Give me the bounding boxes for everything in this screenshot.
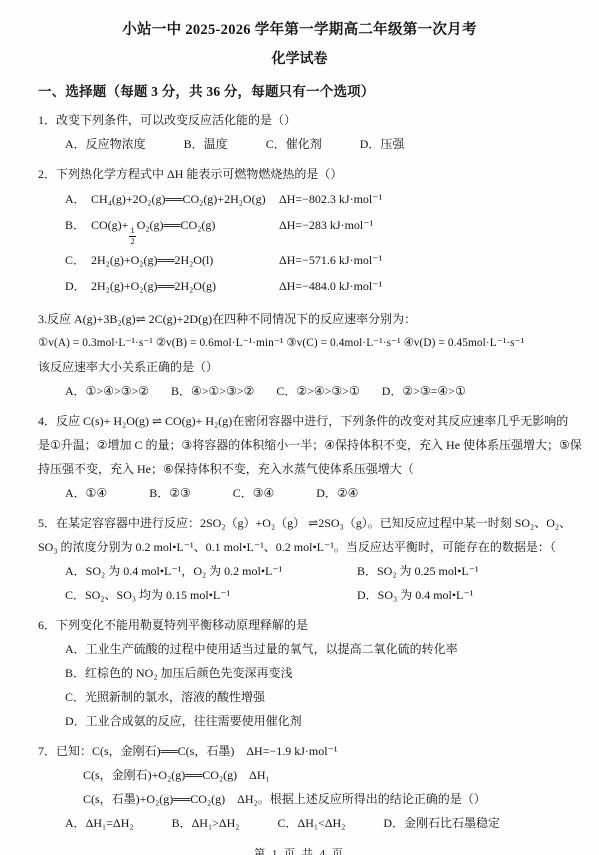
q1-option-d: D．压强: [360, 132, 405, 156]
option-label: D．: [65, 273, 91, 299]
q1-option-a: A．反应物浓度: [65, 132, 146, 156]
question-1: 1．改变下列条件，可以改变反应活化能的是（） A．反应物浓度 B．温度 C．催化…: [38, 108, 561, 156]
q5-stem-line-1: 5．在某定容容器中进行反应：2SO₂（g）+O₂（g） ⇌2SO₃（g）。已知反…: [38, 511, 561, 535]
q3-options: A．①>④>③>② B．④>①>③>② C．②>④>③>① D．②>③=④>①: [38, 379, 561, 403]
q4-option-a: A．①④: [65, 481, 107, 505]
q2-option-d: D． 2H₂(g)+O₂(g)══2H₂O(g) ΔH=−484.0 kJ·mo…: [38, 273, 561, 299]
enthalpy-value: ΔH=−571.6 kJ·mol⁻¹: [279, 247, 382, 273]
q5-option-b: B．SO₂ 为 0.25 mol•L⁻¹: [357, 559, 479, 583]
chemical-equation: CO(g)+12O₂(g)══CO₂(g): [91, 212, 279, 247]
q7-option-a: A．ΔH₁=ΔH₂: [65, 811, 134, 835]
exam-subject-subtitle: 化学试卷: [38, 50, 561, 70]
q1-option-b: B．温度: [184, 132, 228, 156]
q1-option-c: C．催化剂: [266, 132, 322, 156]
q5-option-a: A．SO₂ 为 0.4 mol•L⁻¹，O₂ 为 0.2 mol•L⁻¹: [65, 559, 357, 583]
question-6: 6．下列变化不能用勒夏特列平衡移动原理释解的是 A．工业生产硫酸的过程中使用适当…: [38, 613, 561, 733]
q4-options: A．①④ B．②③ C．③④ D．②④: [38, 481, 561, 505]
q2-stem: 2．下列热化学方程式中 ΔH 能表示可燃物燃烧热的是（）: [38, 162, 561, 186]
q4-option-c: C．③④: [233, 481, 275, 505]
q4-stem-line-3: 持压强不变，充入 He；⑥保持体积不变，充入水蒸气使体系压强增大（: [38, 457, 561, 481]
question-7: 7．已知：C(s，金刚石)══C(s，石墨) ΔH=−1.9 kJ·mol⁻¹ …: [38, 739, 561, 835]
q7-option-b: B．ΔH₁>ΔH₂: [172, 811, 240, 835]
q3-option-a: A．①>④>③>②: [65, 379, 149, 403]
q3-option-b: B．④>①>③>②: [171, 379, 254, 403]
fraction-denominator: 2: [130, 237, 134, 247]
q6-option-a: A．工业生产硫酸的过程中使用适当过量的氧气，以提高二氧化硫的转化率: [38, 637, 561, 661]
q2-option-a: A． CH₄(g)+2O₂(g)══CO₂(g)+2H₂O(g) ΔH=−802…: [38, 186, 561, 212]
chemical-equation: 2H₂(g)+O₂(g)══2H₂O(l): [91, 247, 279, 273]
q1-options: A．反应物浓度 B．温度 C．催化剂 D．压强: [38, 132, 561, 156]
q3-rate-values: ①v(A) = 0.3mol·L⁻¹·s⁻¹ ②v(B) = 0.6mol·L⁻…: [38, 331, 561, 355]
q4-stem-line-2: 是①升温；②增加 C 的量；③将容器的体积缩小一半；④保持体积不变，充入 He …: [38, 433, 561, 457]
q3-stem: 3.反应 A(g)+3B₂(g)⇌ 2C(g)+2D(g)在四种不同情况下的反应…: [38, 307, 561, 331]
q3-option-d: D．②>③=④>①: [382, 379, 466, 403]
q5-options-row-2: C．SO₂、SO₃ 均为 0.15 mol•L⁻¹ D．SO₃ 为 0.4 mo…: [38, 583, 561, 607]
q4-stem-line-1: 4．反应 C(s)+ H₂O(g) ⇌ CO(g)+ H₂(g)在密闭容器中进行…: [38, 409, 561, 433]
q4-option-b: B．②③: [149, 481, 191, 505]
q2-option-c: C． 2H₂(g)+O₂(g)══2H₂O(l) ΔH=−571.6 kJ·mo…: [38, 247, 561, 273]
q7-stem-line-1: 7．已知：C(s，金刚石)══C(s，石墨) ΔH=−1.9 kJ·mol⁻¹: [38, 739, 561, 763]
q1-stem: 1．改变下列条件，可以改变反应活化能的是（）: [38, 108, 561, 132]
section-heading: 一、选择题（每题 3 分，共 36 分，每题只有一个选项）: [38, 82, 561, 102]
formula-post: O₂(g)══CO₂(g): [137, 218, 216, 232]
q6-option-d: D．工业合成氨的反应，往往需要使用催化剂: [38, 709, 561, 733]
question-5: 5．在某定容容器中进行反应：2SO₂（g）+O₂（g） ⇌2SO₃（g）。已知反…: [38, 511, 561, 607]
chemical-equation: CH₄(g)+2O₂(g)══CO₂(g)+2H₂O(g): [91, 186, 279, 212]
q7-option-d: D．金刚石比石墨稳定: [383, 811, 500, 835]
q7-options: A．ΔH₁=ΔH₂ B．ΔH₁>ΔH₂ C．ΔH₁<ΔH₂ D．金刚石比石墨稳定: [38, 811, 561, 835]
q5-stem-line-2: SO₃ 的浓度分别为 0.2 mol•L⁻¹、0.1 mol•L⁻¹、0.2 m…: [38, 535, 561, 559]
option-label: B．: [65, 212, 91, 238]
enthalpy-value: ΔH=−802.3 kJ·mol⁻¹: [279, 186, 382, 212]
question-2: 2．下列热化学方程式中 ΔH 能表示可燃物燃烧热的是（） A． CH₄(g)+2…: [38, 162, 561, 299]
q5-option-d: D．SO₃ 为 0.4 mol•L⁻¹: [357, 583, 473, 607]
q7-option-c: C．ΔH₁<ΔH₂: [277, 811, 345, 835]
page-number-footer: 第 1 页 共 4 页: [38, 847, 561, 855]
q6-stem: 6．下列变化不能用勒夏特列平衡移动原理释解的是: [38, 613, 561, 637]
q4-option-d: D．②④: [316, 481, 358, 505]
question-4: 4．反应 C(s)+ H₂O(g) ⇌ CO(g)+ H₂(g)在密闭容器中进行…: [38, 409, 561, 505]
q2-option-b: B． CO(g)+12O₂(g)══CO₂(g) ΔH=−283 kJ·mol⁻…: [38, 212, 561, 247]
q3-stem-continued: 该反应速率大小关系正确的是（）: [38, 355, 561, 379]
option-label: C．: [65, 247, 91, 273]
question-3: 3.反应 A(g)+3B₂(g)⇌ 2C(g)+2D(g)在四种不同情况下的反应…: [38, 307, 561, 403]
exam-paper-page: 小站一中 2025-2026 学年第一学期高二年级第一次月考 化学试卷 一、选择…: [0, 0, 599, 855]
q5-option-c: C．SO₂、SO₃ 均为 0.15 mol•L⁻¹: [65, 583, 357, 607]
page-title: 小站一中 2025-2026 学年第一学期高二年级第一次月考: [38, 20, 561, 40]
option-label: A．: [65, 186, 91, 212]
q7-equation-2: C(s，石墨)+O₂(g)══CO₂(g) ΔH₂。根据上述反应所得出的结论正确…: [38, 787, 561, 811]
fraction: 12: [129, 226, 135, 247]
q6-option-b: B．红棕色的 NO₂ 加压后颜色先变深再变浅: [38, 661, 561, 685]
q3-option-c: C．②>④>③>①: [276, 379, 359, 403]
formula-pre: CO(g)+: [91, 218, 128, 232]
enthalpy-value: ΔH=−283 kJ·mol⁻¹: [279, 212, 373, 238]
chemical-equation: 2H₂(g)+O₂(g)══2H₂O(g): [91, 273, 279, 299]
enthalpy-value: ΔH=−484.0 kJ·mol⁻¹: [279, 273, 382, 299]
q6-option-c: C．光照新制的氯水，溶液的酸性增强: [38, 685, 561, 709]
q5-options-row-1: A．SO₂ 为 0.4 mol•L⁻¹，O₂ 为 0.2 mol•L⁻¹ B．S…: [38, 559, 561, 583]
q7-equation-1: C(s，金刚石)+O₂(g)══CO₂(g) ΔH₁: [38, 763, 561, 787]
